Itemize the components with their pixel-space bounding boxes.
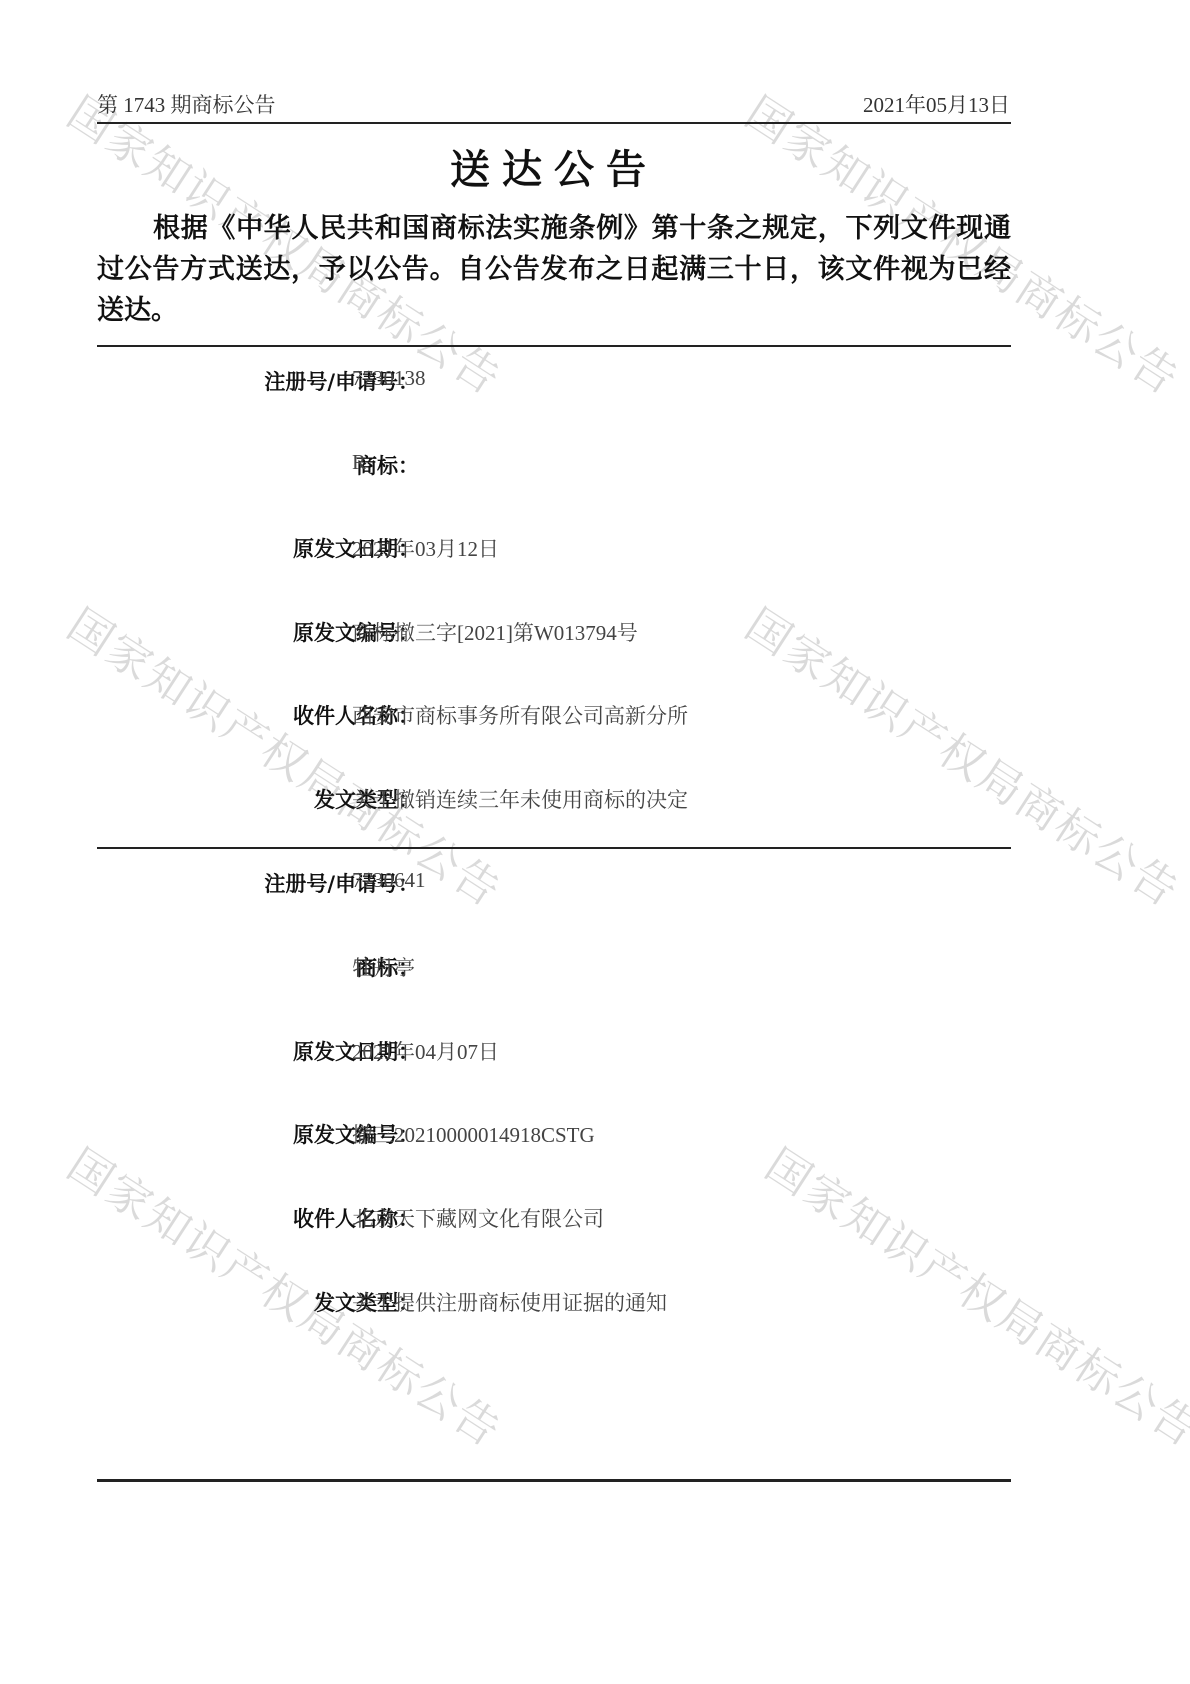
field-recipient: 收件人名称： 北京天下藏网文化有限公司 xyxy=(97,1203,1011,1237)
field-orig-date: 原发文日期： 2021年04月07日 xyxy=(97,1036,1011,1070)
reg-no-value: 7730641 xyxy=(352,868,426,893)
recipient-value: 北京天下藏网文化有限公司 xyxy=(352,1203,604,1233)
page-title: 送达公告 xyxy=(0,138,1108,195)
field-orig-no: 原发文编号： 商标撤三字[2021]第W013794号 xyxy=(97,617,1011,651)
field-trademark: 商标： R xyxy=(97,450,1011,484)
issue-number: 第 1743 期商标公告 xyxy=(97,89,276,119)
doc-type-value: 关于撤销连续三年未使用商标的决定 xyxy=(352,784,688,814)
field-doc-type: 发文类型： 关于撤销连续三年未使用商标的决定 xyxy=(97,784,1011,818)
field-trademark: 商标： 牡丹亭 xyxy=(97,952,1011,986)
orig-date-value: 2021年03月12日 xyxy=(352,533,499,563)
header-divider xyxy=(97,122,1011,124)
publication-date: 2021年05月13日 xyxy=(863,89,1010,119)
recipient-value: 西安市商标事务所有限公司高新分所 xyxy=(352,700,688,730)
trademark-value: R xyxy=(352,450,366,475)
orig-no-value: 商标撤三字[2021]第W013794号 xyxy=(352,617,638,647)
field-recipient: 收件人名称： 西安市商标事务所有限公司高新分所 xyxy=(97,700,1011,734)
doc-type-value: 关于提供注册商标使用证据的通知 xyxy=(352,1287,667,1317)
field-orig-date: 原发文日期： 2021年03月12日 xyxy=(97,533,1011,567)
reg-no-value: 7730138 xyxy=(352,366,426,391)
section-divider xyxy=(97,345,1011,347)
field-orig-no: 原发文编号： 撤三20210000014918CSTG xyxy=(97,1119,1011,1153)
orig-no-value: 撤三20210000014918CSTG xyxy=(352,1119,595,1149)
record-divider xyxy=(97,847,1011,849)
field-doc-type: 发文类型： 关于提供注册商标使用证据的通知 xyxy=(97,1287,1011,1321)
field-reg-no: 注册号/申请号： 7730138 xyxy=(97,366,1011,400)
field-reg-no: 注册号/申请号： 7730641 xyxy=(97,868,1011,902)
orig-date-value: 2021年04月07日 xyxy=(352,1036,499,1066)
trademark-value: 牡丹亭 xyxy=(352,952,415,982)
footer-divider xyxy=(97,1479,1011,1482)
intro-paragraph: 根据《中华人民共和国商标法实施条例》第十条之规定，下列文件现通过公告方式送达，予… xyxy=(97,208,1011,331)
